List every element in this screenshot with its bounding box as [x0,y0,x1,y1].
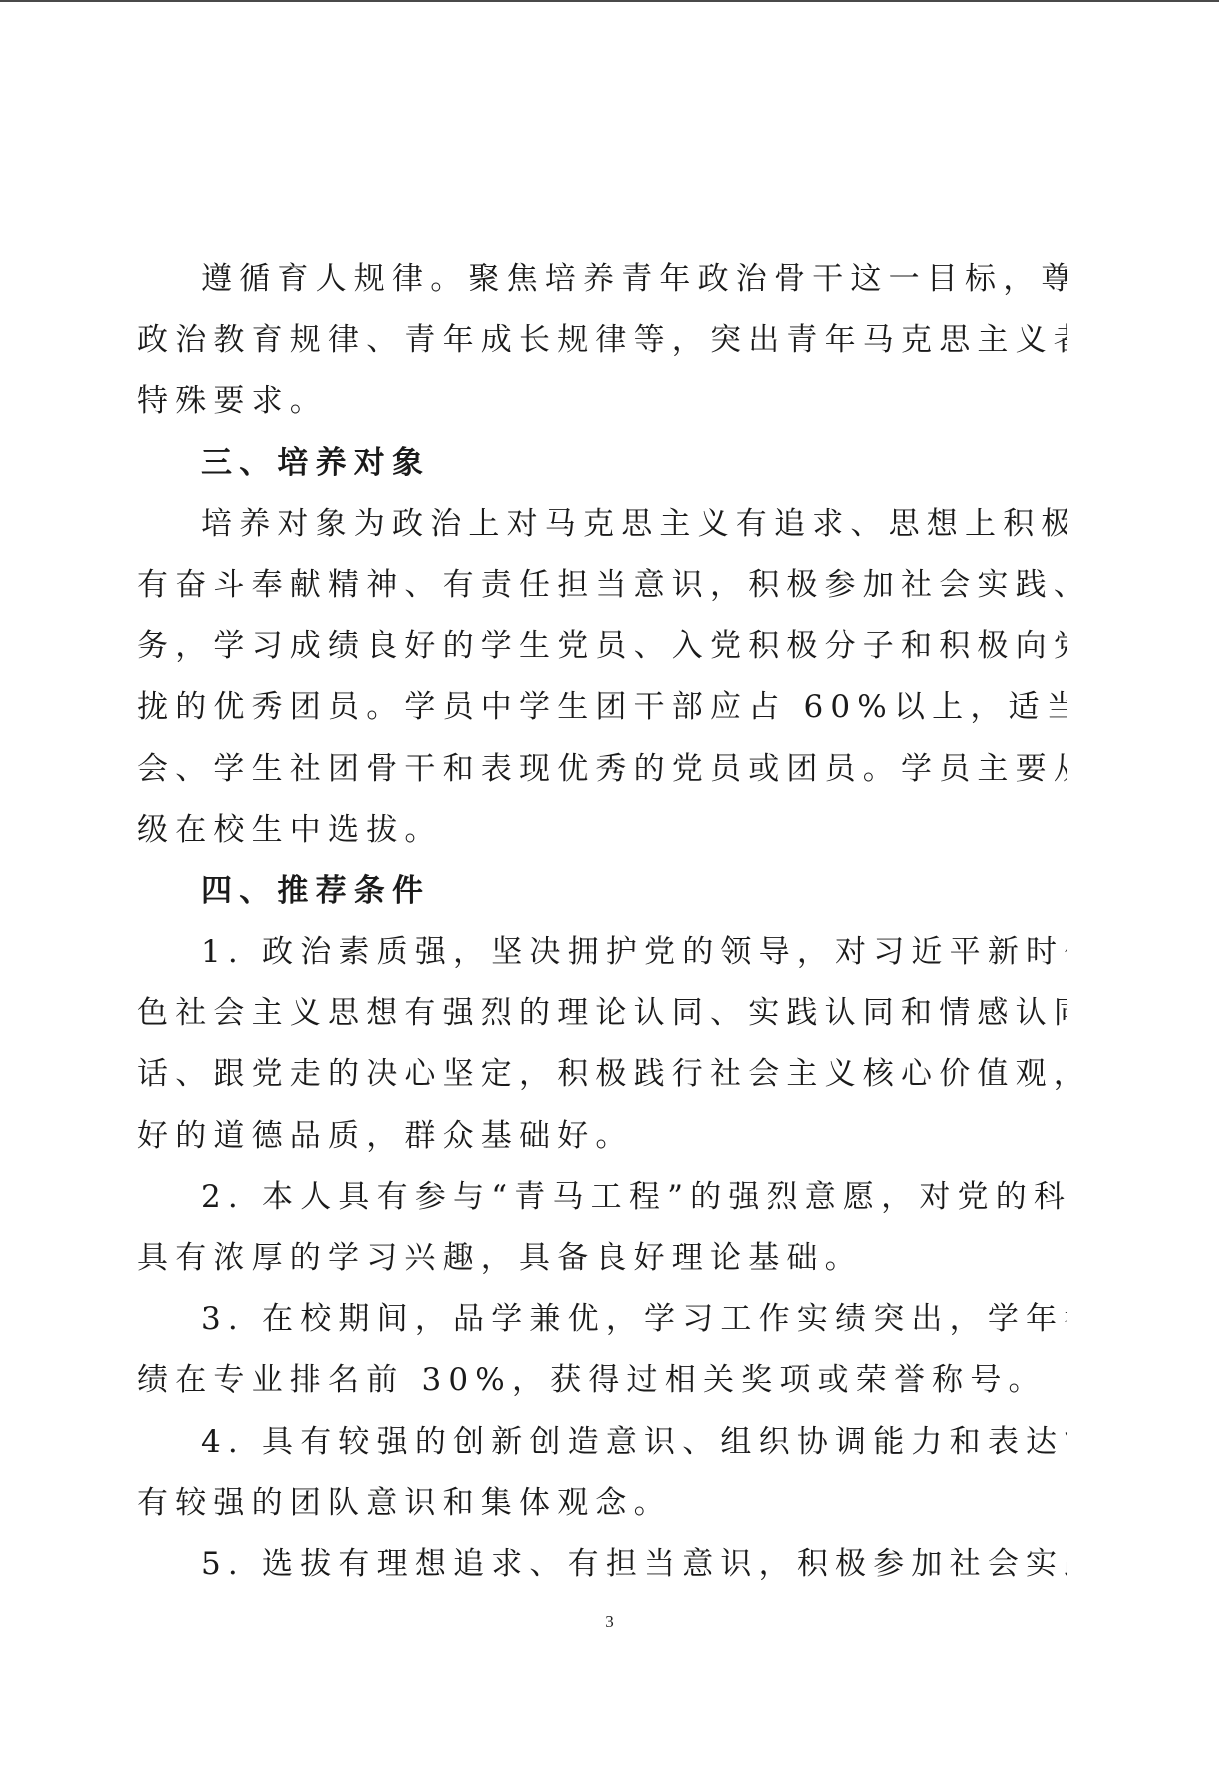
paragraph-line: 政治教育规律、青年成长规律等，突出青年马克思主义者培养的 [137,310,1067,371]
document-page-body: 遵循育人规律。聚焦培养青年政治骨干这一目标，尊重思想 政治教育规律、青年成长规律… [137,249,1067,1595]
paragraph-line: 遵循育人规律。聚焦培养青年政治骨干这一目标，尊重思想 [137,249,1067,310]
paragraph-line: 务，学习成绩良好的学生党员、入党积极分子和积极向党组织靠 [137,616,1067,677]
top-border-rule [0,0,1219,2]
criteria-item-1-line: 1. 政治素质强，坚决拥护党的领导，对习近平新时代中国特 [137,922,1067,983]
criteria-item-4-line: 有较强的团队意识和集体观念。 [137,1473,1067,1534]
paragraph-line: 级在校生中选拔。 [137,800,1067,861]
paragraph-line: 培养对象为政治上对马克思主义有追求、思想上积极进取， [137,494,1067,555]
criteria-item-4-line: 4. 具有较强的创新创造意识、组织协调能力和表达能力，具 [137,1412,1067,1473]
criteria-item-3-line: 绩在专业排名前 30%，获得过相关奖项或荣誉称号。 [137,1350,1067,1411]
criteria-item-2-line: 2. 本人具有参与“青马工程”的强烈意愿，对党的科学理论 [137,1167,1067,1228]
criteria-item-1-line: 色社会主义思想有强烈的理论认同、实践认同和情感认同，听党 [137,983,1067,1044]
page-number: 3 [0,1612,1219,1632]
criteria-item-5-line: 5. 选拔有理想追求、有担当意识，积极参加社会实践、志愿 [137,1534,1067,1595]
paragraph-line: 有奋斗奉献精神、有责任担当意识，积极参加社会实践、志愿服 [137,555,1067,616]
section-heading-training-targets: 三、培养对象 [137,433,1067,494]
criteria-item-1-line: 话、跟党走的决心坚定，积极践行社会主义核心价值观，具有良 [137,1044,1067,1105]
paragraph-line: 特殊要求。 [137,371,1067,432]
criteria-item-1-line: 好的道德品质，群众基础好。 [137,1106,1067,1167]
paragraph-line: 拢的优秀团员。学员中学生团干部应占 60%以上，适当吸收学生 [137,677,1067,738]
criteria-item-3-line: 3. 在校期间，品学兼优，学习工作实绩突出，学年考试总成 [137,1289,1067,1350]
section-heading-recommendation-criteria: 四、推荐条件 [137,861,1067,922]
criteria-item-2-line: 具有浓厚的学习兴趣，具备良好理论基础。 [137,1228,1067,1289]
paragraph-line: 会、学生社团骨干和表现优秀的党员或团员。学员主要从大一年 [137,739,1067,800]
